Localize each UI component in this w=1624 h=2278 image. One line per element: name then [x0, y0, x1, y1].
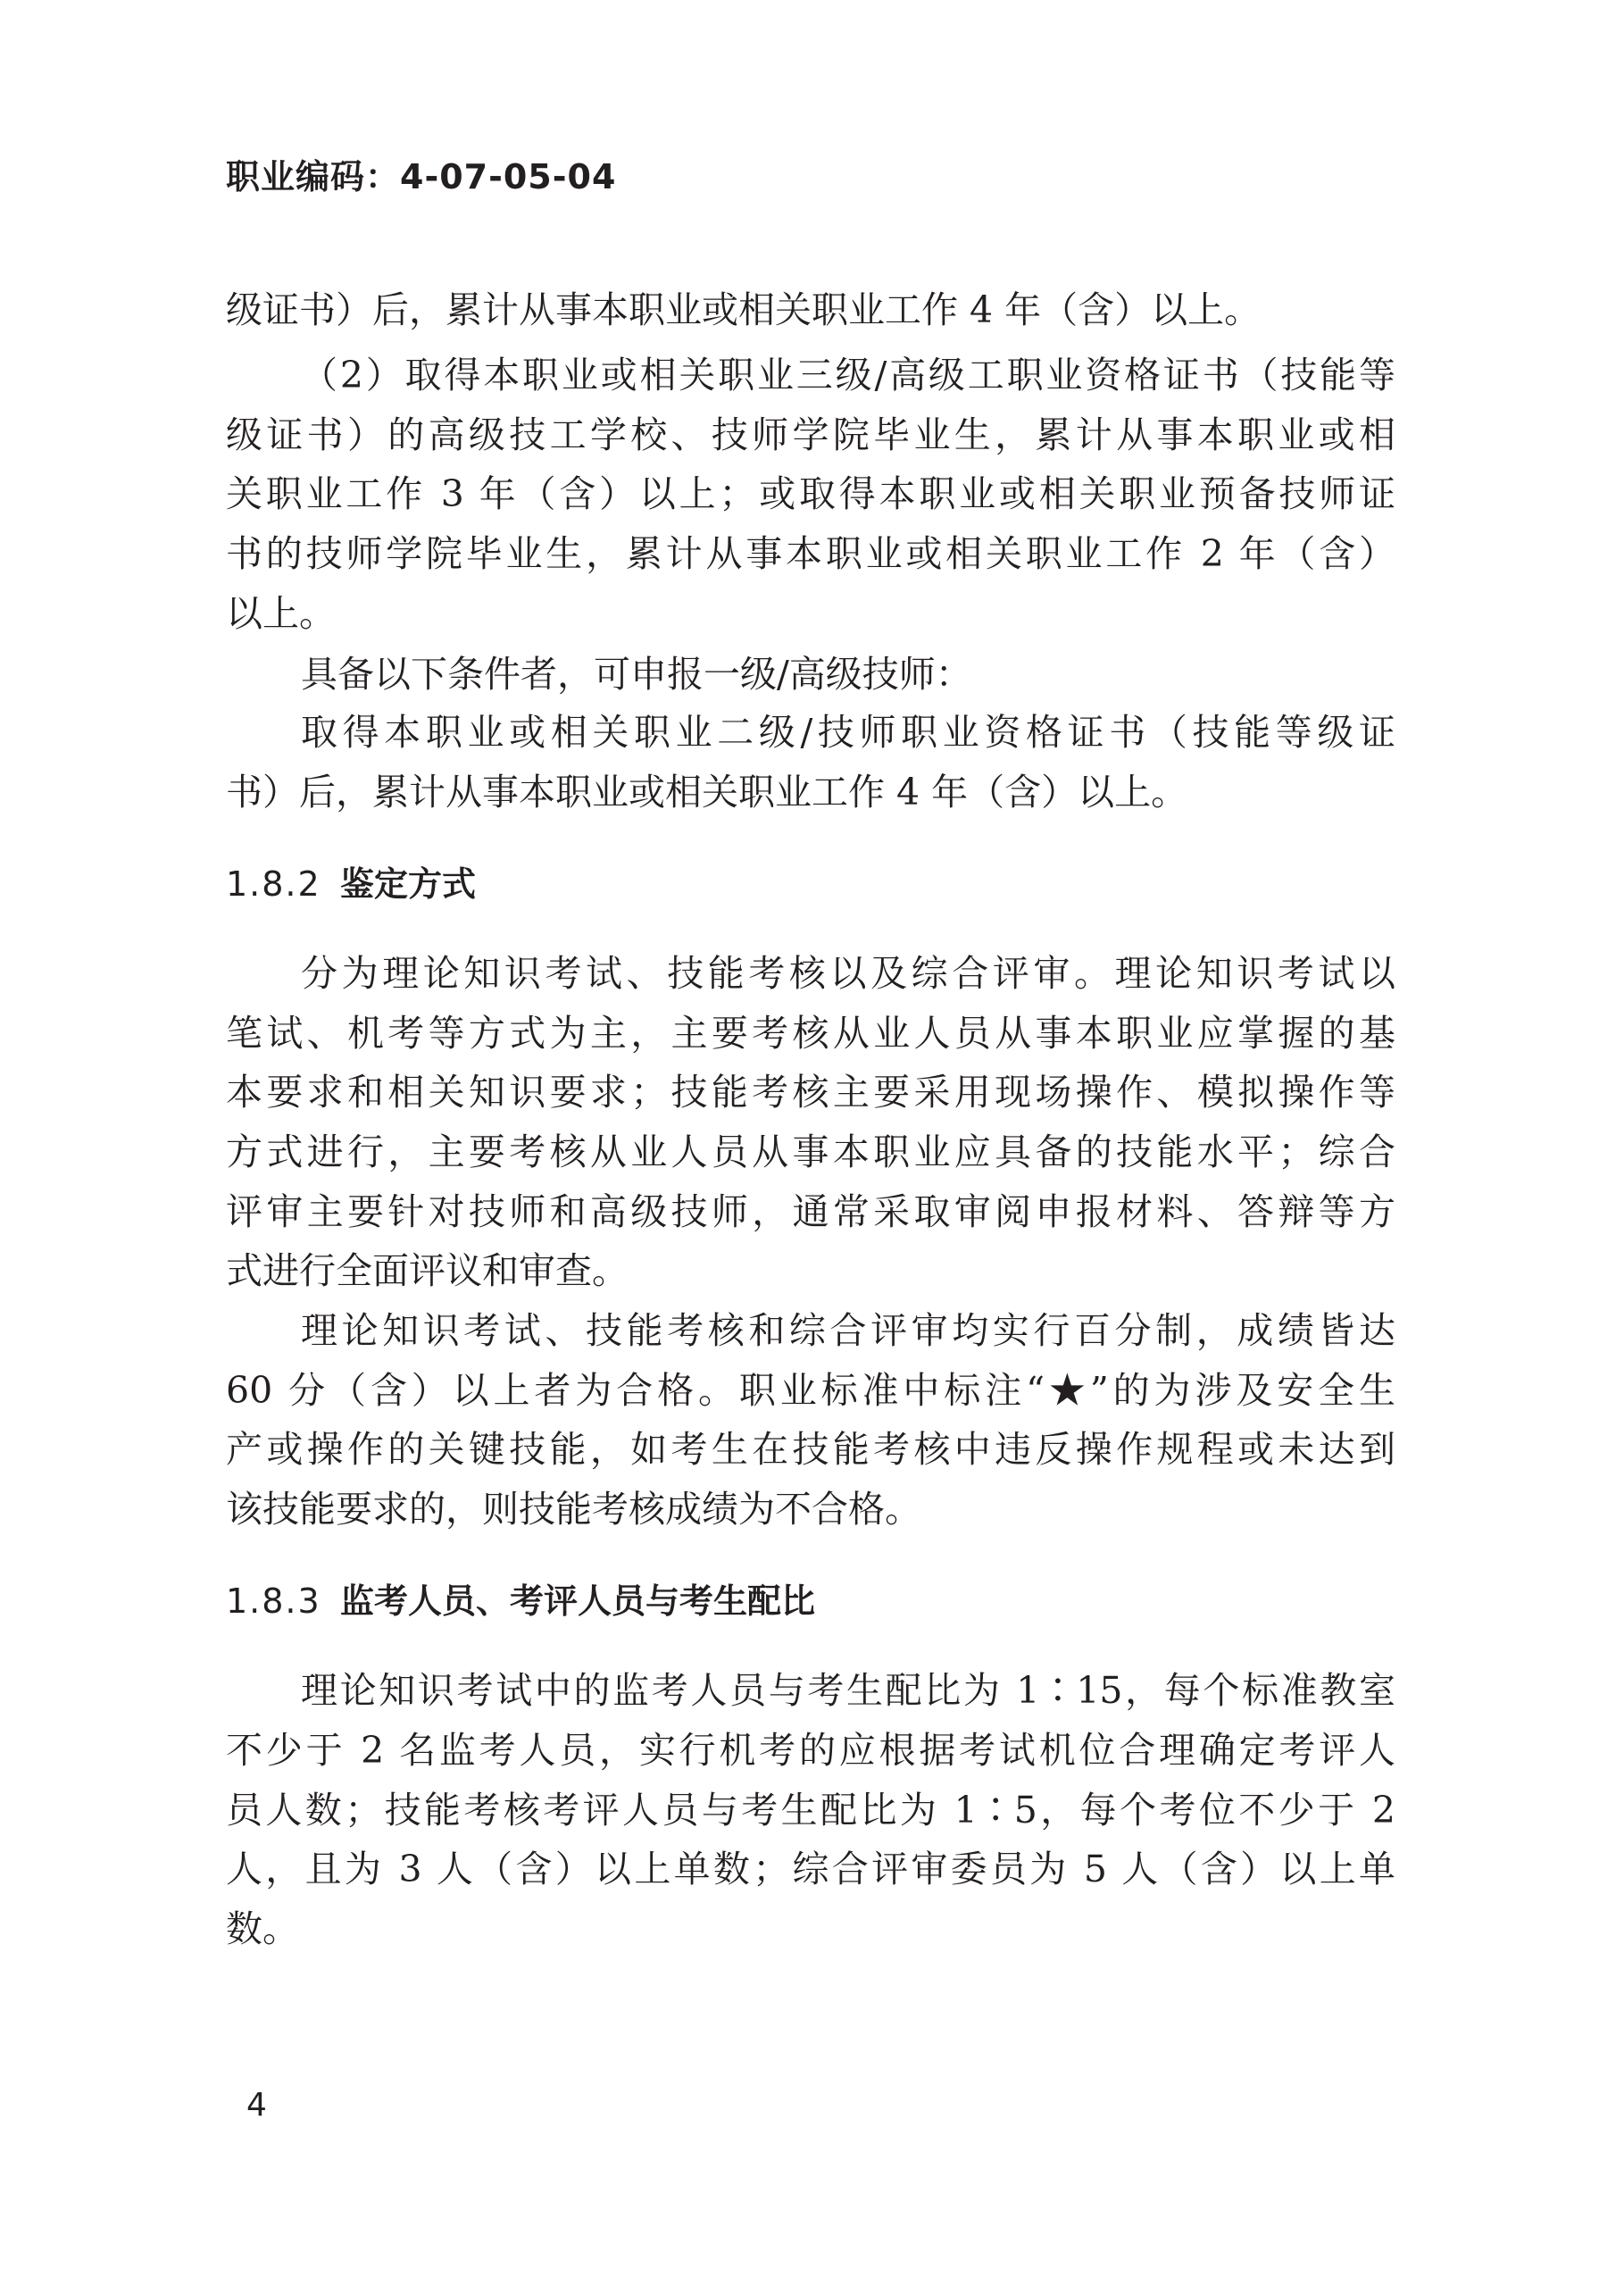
section-number: 1.8.2 [226, 863, 340, 905]
body-line: 人，且为 3 人（含）以上单数；综合评审委员为 5 人（含）以上单 [226, 1847, 1395, 1891]
section-title: 监考人员、考评人员与考生配比 [340, 1581, 815, 1621]
body-line: 本要求和相关知识要求；技能考核主要采用现场操作、模拟操作等 [226, 1070, 1395, 1114]
occupation-code-header: 职业编码：4-07-05-04 [226, 157, 616, 196]
body-line: 式进行全面评议和审查。 [226, 1248, 1395, 1293]
page-number: 4 [246, 2088, 267, 2124]
body-line: 数。 [226, 1907, 1395, 1951]
section-number: 1.8.3 [226, 1580, 340, 1623]
section-heading-1-8-2: 1.8.2鉴定方式 [226, 863, 476, 905]
section-heading-1-8-3: 1.8.3监考人员、考评人员与考生配比 [226, 1580, 815, 1623]
body-line: 具备以下条件者，可申报一级/高级技师： [301, 652, 1395, 697]
body-line: 该技能要求的，则技能考核成绩为不合格。 [226, 1487, 1395, 1531]
body-line: 员人数；技能考核考评人员与考生配比为 1∶5，每个考位不少于 2 [226, 1788, 1395, 1832]
body-line: 60 分（含）以上者为合格。职业标准中标注“★”的为涉及安全生 [226, 1368, 1395, 1413]
body-line: 评审主要针对技师和高级技师，通常采取审阅申报材料、答辩等方 [226, 1189, 1395, 1234]
body-line: 分为理论知识考试、技能考核以及综合评审。理论知识考试以 [301, 951, 1395, 996]
body-line: 理论知识考试、技能考核和综合评审均实行百分制，成绩皆达 [301, 1308, 1395, 1353]
body-line: 书）后，累计从事本职业或相关职业工作 4 年（含）以上。 [226, 770, 1395, 814]
body-line: 取得本职业或相关职业二级/技师职业资格证书（技能等级证 [301, 710, 1395, 755]
body-line: 理论知识考试中的监考人员与考生配比为 1∶15，每个标准教室 [301, 1668, 1395, 1713]
body-line: 不少于 2 名监考人员，实行机考的应根据考试机位合理确定考评人 [226, 1728, 1395, 1773]
body-line: 以上。 [226, 591, 1395, 636]
document-page: 职业编码：4-07-05-04 级证书）后，累计从事本职业或相关职业工作 4 年… [0, 0, 1624, 2278]
body-line: （2）取得本职业或相关职业三级/高级工职业资格证书（技能等 [301, 353, 1395, 397]
body-line: 级证书）的高级技工学校、技师学院毕业生，累计从事本职业或相 [226, 413, 1395, 457]
section-title: 鉴定方式 [340, 864, 476, 904]
body-line: 笔试、机考等方式为主，主要考核从业人员从事本职业应掌握的基 [226, 1011, 1395, 1056]
body-line: 产或操作的关键技能，如考生在技能考核中违反操作规程或未达到 [226, 1427, 1395, 1472]
body-line: 书的技师学院毕业生，累计从事本职业或相关职业工作 2 年（含） [226, 531, 1395, 576]
body-line: 关职业工作 3 年（含）以上；或取得本职业或相关职业预备技师证 [226, 471, 1395, 516]
body-line: 方式进行，主要考核从业人员从事本职业应具备的技能水平；综合 [226, 1130, 1395, 1174]
body-line: 级证书）后，累计从事本职业或相关职业工作 4 年（含）以上。 [226, 288, 1395, 332]
